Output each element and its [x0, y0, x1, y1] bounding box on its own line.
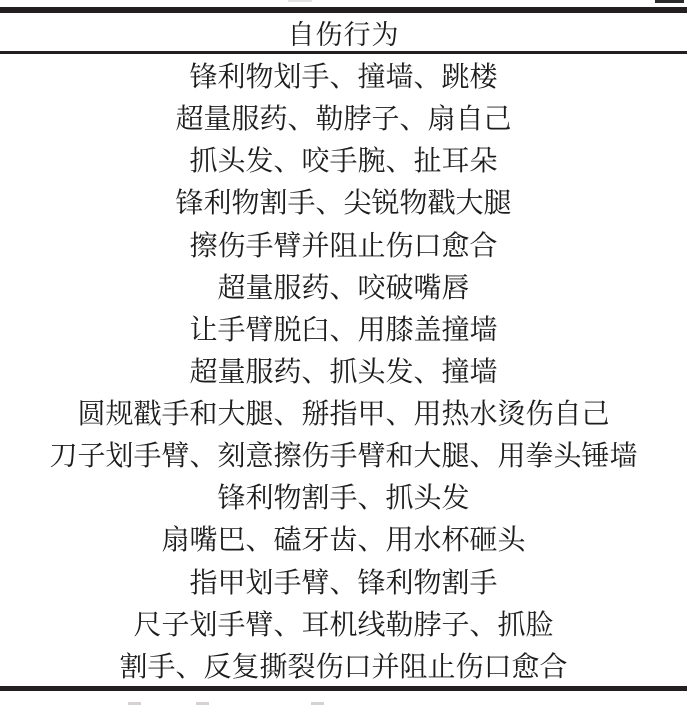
table-row: 锋利物割手、尖锐物戳大腿	[0, 180, 687, 222]
table-row: 超量服药、抓头发、撞墙	[0, 349, 687, 391]
table-row: 割手、反复撕裂伤口并阻止伤口愈合	[0, 644, 687, 686]
table-row: 锋利物割手、抓头发	[0, 475, 687, 517]
cropped-text-artifact	[655, 0, 684, 3]
paper-table-page: 自伤行为 锋利物划手、撞墙、跳楼 超量服药、勒脖子、扇自己 抓头发、咬手腕、扯耳…	[0, 0, 699, 705]
table-row: 抓头发、咬手腕、扯耳朵	[0, 138, 687, 180]
table-bottom-rule	[0, 686, 687, 691]
table-row: 擦伤手臂并阻止伤口愈合	[0, 223, 687, 265]
table-row: 超量服药、咬破嘴唇	[0, 265, 687, 307]
table-row: 锋利物划手、撞墙、跳楼	[0, 54, 687, 96]
table-row: 刀子划手臂、刻意擦伤手臂和大腿、用拳头锤墙	[0, 433, 687, 475]
table-header: 自伤行为	[0, 13, 687, 51]
cropped-text-artifact	[288, 0, 312, 2]
table-row: 扇嘴巴、磕牙齿、用水杯砸头	[0, 517, 687, 559]
table-row: 指甲划手臂、锋利物割手	[0, 560, 687, 602]
table-row: 圆规戳手和大腿、掰指甲、用热水烫伤自己	[0, 391, 687, 433]
table-row: 超量服药、勒脖子、扇自己	[0, 96, 687, 138]
table-row: 让手臂脱臼、用膝盖撞墙	[0, 307, 687, 349]
table-row: 尺子划手臂、耳机线勒脖子、抓脸	[0, 602, 687, 644]
table-body: 锋利物划手、撞墙、跳楼 超量服药、勒脖子、扇自己 抓头发、咬手腕、扯耳朵 锋利物…	[0, 54, 687, 686]
